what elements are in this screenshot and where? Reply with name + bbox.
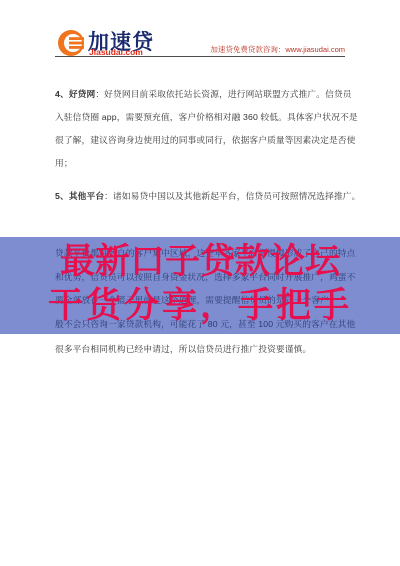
- article-page: 加速贷 Jiasudai.com 加速贷免费贷款咨询：www.jiasudai.…: [0, 0, 400, 566]
- paragraph-item-4: 4、好贷网：好贷网目前采取依托站长资源，进行网站联盟方式推广。信贷员 入驻信贷圈…: [55, 83, 358, 175]
- headline-overlay: 最新口子贷款论坛 干货分享，手把手: [0, 240, 400, 328]
- item-5-label: 5、其他平台: [55, 191, 104, 201]
- paragraph-line: 5、其他平台：诸如易贷中国以及其他新起平台，信贷员可按照情况选择推广。: [55, 185, 360, 208]
- paragraph-line: 入驻信贷圈 app，需要预充值，客户价格相对融 360 较低。具体客户状况不是: [55, 106, 358, 129]
- item-4-text: ：好贷网目前采取依托站长资源，进行网站联盟方式推广。信贷员: [95, 89, 351, 99]
- headline-line-2: 干货分享，手把手: [0, 284, 400, 328]
- item-5-text: ：诸如易贷中国以及其他新起平台，信贷员可按照情况选择推广。: [104, 191, 360, 201]
- paragraph-item-5: 5、其他平台：诸如易贷中国以及其他新起平台，信贷员可按照情况选择推广。: [55, 185, 360, 208]
- item-4-label: 4、好贷网: [55, 89, 95, 99]
- paragraph-line: 很了解，建议咨询身边使用过的同事或同行，依据客户质量等因素决定是否使: [55, 129, 358, 152]
- jiasudai-logo-icon: [58, 30, 84, 56]
- header-divider: [55, 56, 345, 57]
- headline-line-1: 最新口子贷款论坛: [0, 240, 400, 284]
- header-tagline-link[interactable]: 加速贷免费贷款咨询：www.jiasudai.com: [210, 44, 345, 55]
- paragraph-line: 4、好贷网：好贷网目前采取依托站长资源，进行网站联盟方式推广。信贷员: [55, 83, 358, 106]
- closing-line: 很多平台相同机构已经申请过，所以信贷员进行推广投资要谨慎。: [55, 343, 311, 355]
- paragraph-line: 用；: [55, 152, 358, 175]
